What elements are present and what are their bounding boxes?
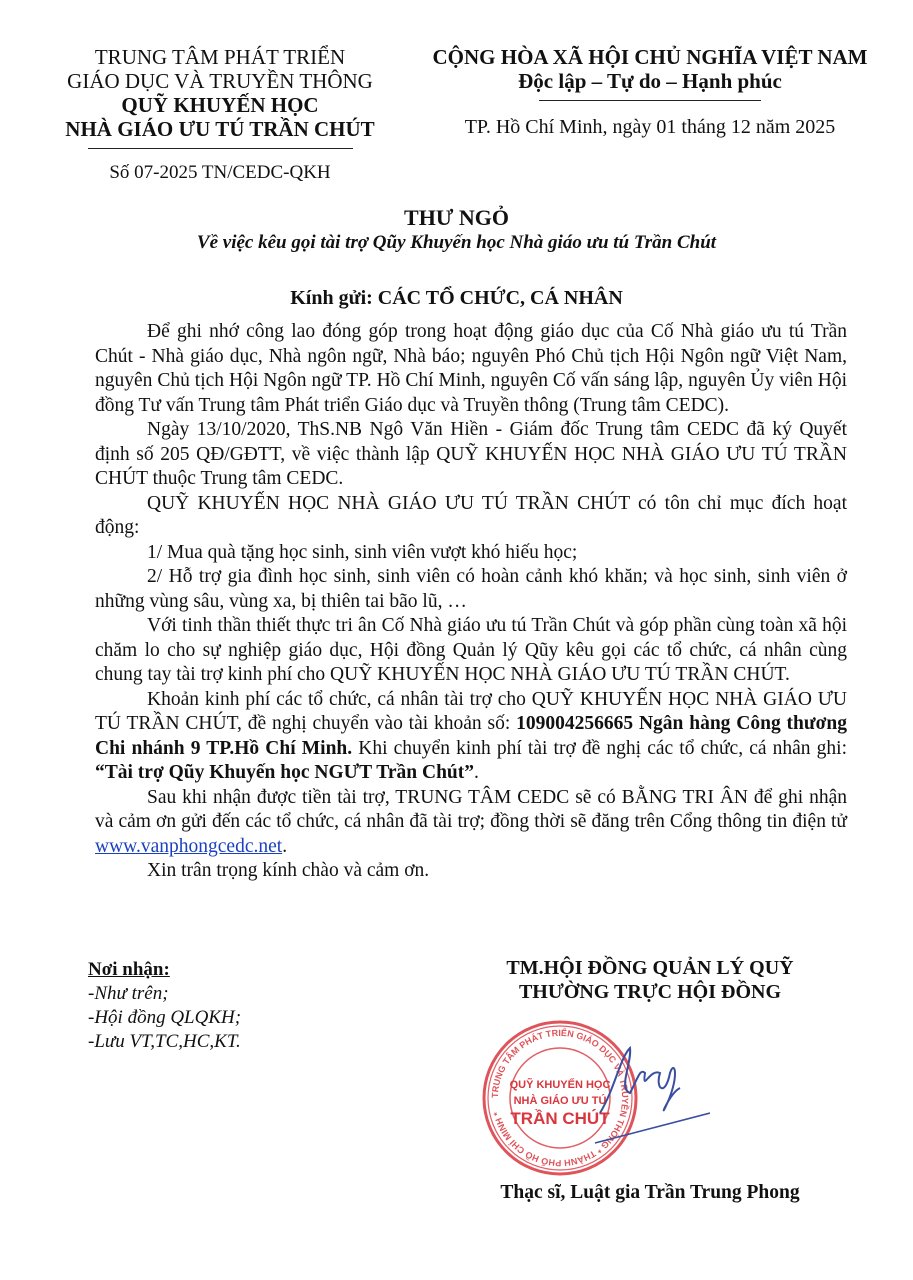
national-header: CỘNG HÒA XÃ HỘI CHỦ NGHĨA VIỆT NAM Độc l…	[415, 45, 885, 139]
national-motto: Độc lập – Tự do – Hạnh phúc	[415, 69, 885, 93]
p7-text-c: .	[474, 762, 479, 783]
recipients-list: Nơi nhận: -Như trên; -Hội đồng QLQKH; -L…	[88, 958, 241, 1054]
issuer-line-4: NHÀ GIÁO ƯU TÚ TRẦN CHÚT	[30, 117, 410, 141]
recipient-item: -Như trên;	[88, 982, 241, 1006]
paragraph-8: Sau khi nhận được tiền tài trợ, TRUNG TÂ…	[95, 786, 847, 860]
place-date: TP. Hồ Chí Minh, ngày 01 tháng 12 năm 20…	[415, 115, 885, 139]
signer-name: Thạc sĩ, Luật gia Trần Trung Phong	[440, 1182, 860, 1204]
stamp-seal-icon: TRUNG TÂM PHÁT TRIỂN GIÁO DỤC VÀ TRUYỀN …	[480, 1018, 710, 1178]
letter-title-block: THƯ NGỎ Về việc kêu gọi tài trợ Qũy Khuy…	[0, 205, 913, 255]
p8-text-a: Sau khi nhận được tiền tài trợ, TRUNG TÂ…	[95, 787, 847, 833]
letter-subtitle: Về việc kêu gọi tài trợ Qũy Khuyến học N…	[0, 231, 913, 255]
paragraph-6: Với tinh thần thiết thực tri ân Cố Nhà g…	[95, 614, 847, 688]
closing: Xin trân trọng kính chào và cảm ơn.	[95, 859, 847, 884]
paragraph-3: QUỸ KHUYẾN HỌC NHÀ GIÁO ƯU TÚ TRẦN CHÚT …	[95, 492, 847, 541]
paragraph-1: Để ghi nhớ công lao đóng góp trong hoạt …	[95, 320, 847, 418]
svg-text:TRẦN CHÚT: TRẦN CHÚT	[510, 1109, 610, 1128]
paragraph-5: 2/ Hỗ trợ gia đình học sinh, sinh viên c…	[95, 565, 847, 614]
recipient-item: -Hội đồng QLQKH;	[88, 1006, 241, 1030]
letter-body: Để ghi nhớ công lao đóng góp trong hoạt …	[95, 320, 847, 884]
country-name: CỘNG HÒA XÃ HỘI CHỦ NGHĨA VIỆT NAM	[415, 45, 885, 69]
paragraph-2: Ngày 13/10/2020, ThS.NB Ngô Văn Hiền - G…	[95, 418, 847, 492]
issuer-line-3: QUỸ KHUYẾN HỌC	[30, 93, 410, 117]
document-number: Số 07-2025 TN/CEDC-QKH	[30, 161, 410, 185]
issuer-line-1: TRUNG TÂM PHÁT TRIỂN	[30, 45, 410, 69]
svg-text:NHÀ GIÁO ƯU TÚ: NHÀ GIÁO ƯU TÚ	[514, 1094, 607, 1107]
issuer-header: TRUNG TÂM PHÁT TRIỂN GIÁO DỤC VÀ TRUYỀN …	[30, 45, 410, 185]
transfer-note: “Tài trợ Qũy Khuyến học NGƯT Trần Chút”	[95, 762, 474, 783]
recipient-line: Kính gửi: CÁC TỔ CHỨC, CÁ NHÂN	[0, 287, 913, 310]
letter-title: THƯ NGỎ	[0, 205, 913, 231]
p7-text-b: Khi chuyển kinh phí tài trợ đề nghị các …	[352, 738, 847, 759]
website-link[interactable]: www.vanphongcedc.net	[95, 836, 282, 857]
paragraph-7: Khoản kinh phí các tổ chức, cá nhân tài …	[95, 688, 847, 786]
svg-text:QUỸ KHUYẾN HỌC: QUỸ KHUYẾN HỌC	[510, 1078, 611, 1091]
official-stamp: TRUNG TÂM PHÁT TRIỂN GIÁO DỤC VÀ TRUYỀN …	[480, 1018, 640, 1178]
p8-text-b: .	[282, 836, 287, 857]
motto-divider	[539, 100, 761, 101]
issuer-line-2: GIÁO DỤC VÀ TRUYỀN THÔNG	[30, 69, 410, 93]
recipients-heading: Nơi nhận:	[88, 958, 241, 982]
recipient-item: -Lưu VT,TC,HC,KT.	[88, 1030, 241, 1054]
paragraph-4: 1/ Mua quà tặng học sinh, sinh viên vượt…	[95, 541, 847, 566]
signature-block: TM.HỘI ĐỒNG QUẢN LÝ QUỸ THƯỜNG TRỰC HỘI …	[440, 956, 860, 1004]
issuer-divider	[88, 148, 353, 149]
signature-title-2: THƯỜNG TRỰC HỘI ĐỒNG	[440, 980, 860, 1004]
signature-title-1: TM.HỘI ĐỒNG QUẢN LÝ QUỸ	[440, 956, 860, 980]
